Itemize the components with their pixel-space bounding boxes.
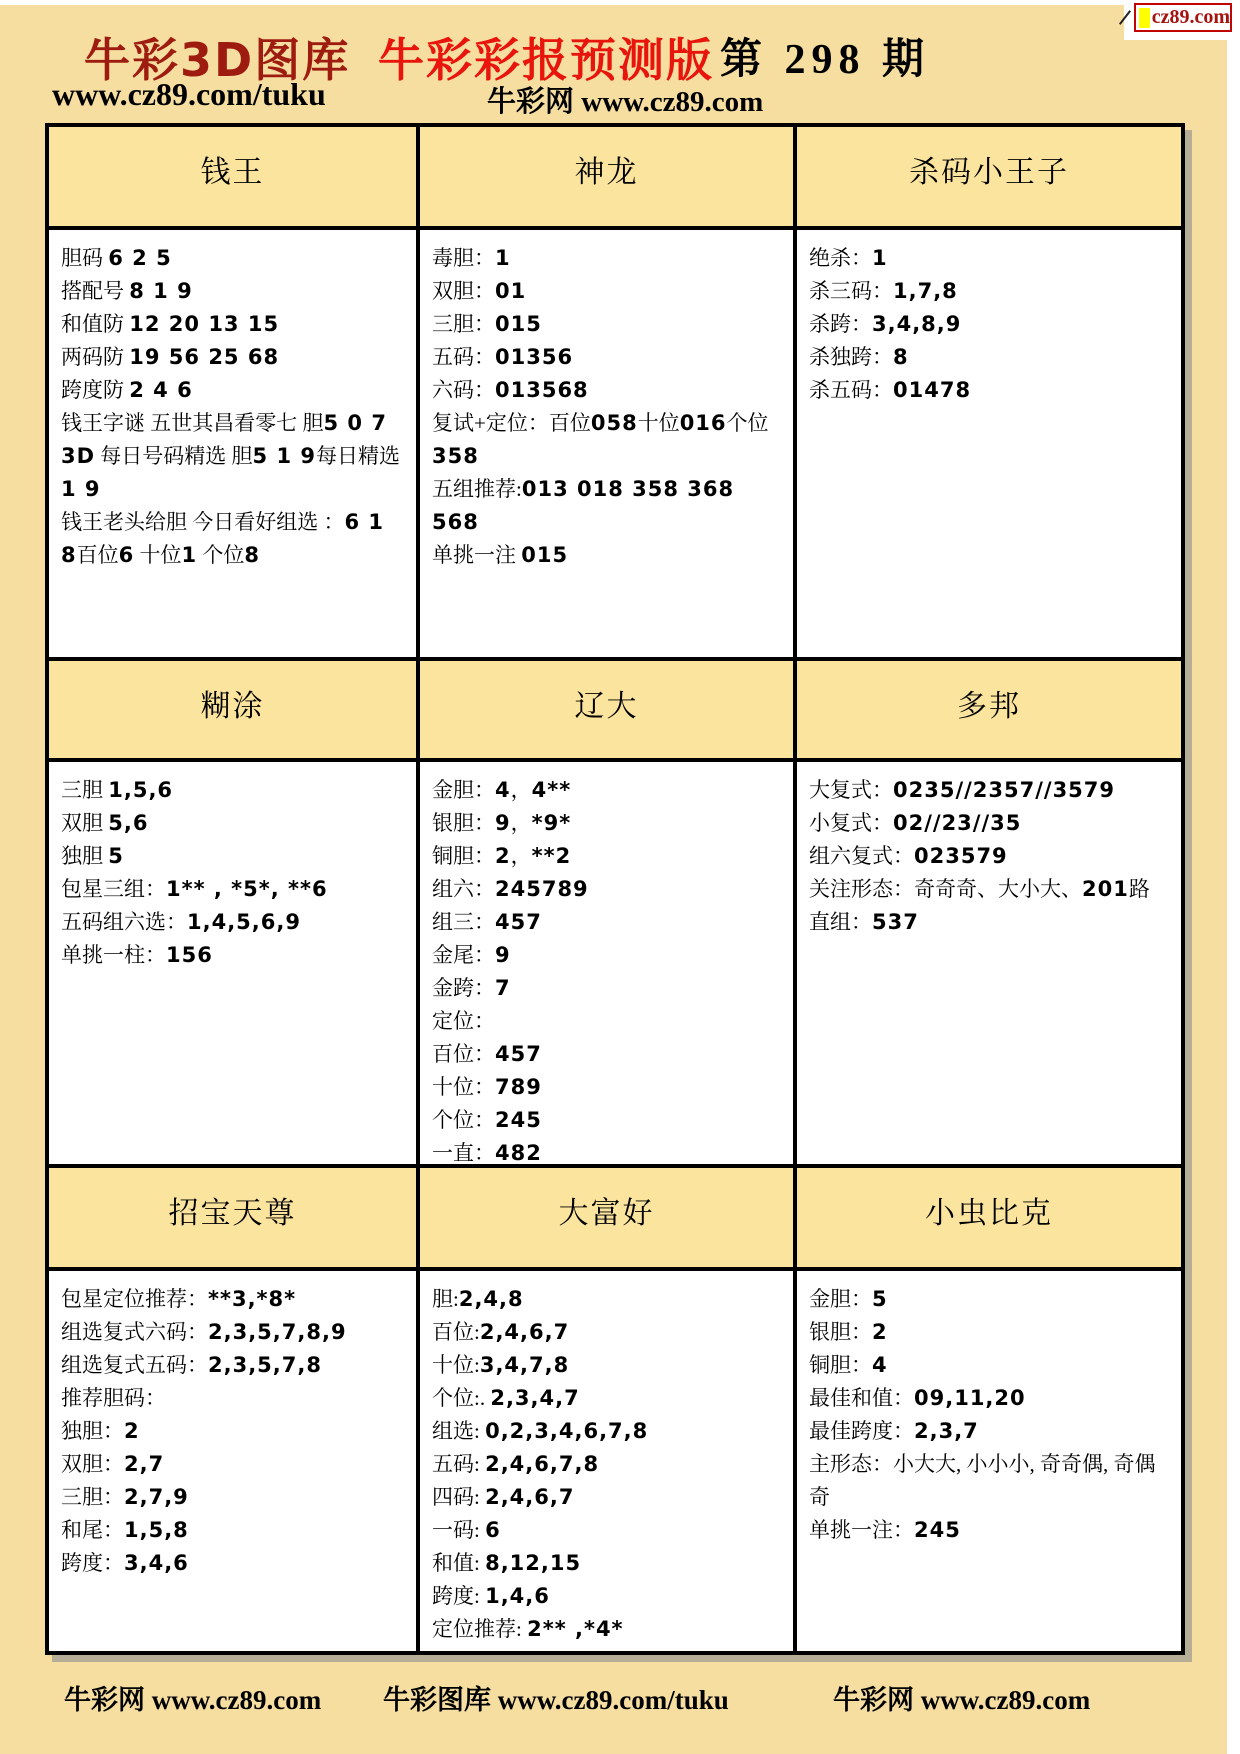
line-value: 01 xyxy=(495,279,526,303)
line-value: 6 xyxy=(485,1518,501,1542)
footer-site-url-left: 牛彩网 www.cz89.com xyxy=(64,1678,321,1717)
line-label: 个位 xyxy=(197,543,244,567)
line-label: 包星三组： xyxy=(61,877,166,901)
line-label: 包星定位推荐： xyxy=(61,1287,208,1311)
line-label: 五码组六选： xyxy=(61,910,187,934)
line-value: 5 xyxy=(108,844,124,868)
line-value: 245 xyxy=(914,1518,961,1542)
line-label: 三胆： xyxy=(432,312,495,336)
line-label: 和尾： xyxy=(61,1518,124,1542)
line-label: 推荐胆码： xyxy=(61,1386,166,1410)
line-value: 4 xyxy=(872,1353,888,1377)
section-title-duo-bang: 多邦 xyxy=(797,661,1181,762)
prediction-line: 个位:. 2,3,4,7 xyxy=(432,1382,781,1415)
line-label: 每日精选 xyxy=(316,444,400,468)
line-label: 钱王老头给胆 今日看好组选 ： xyxy=(61,510,345,534)
line-value: 01356 xyxy=(495,345,573,369)
line-label: 组选复式五码： xyxy=(61,1353,208,1377)
line-label: 最佳跨度： xyxy=(809,1419,914,1443)
line-label: 百位: xyxy=(432,1320,480,1344)
line-value: 12 20 13 15 xyxy=(129,312,279,336)
line-value: *9* xyxy=(532,811,572,835)
line-label: 组选: xyxy=(432,1419,485,1443)
line-label: 跨度: xyxy=(432,1584,485,1608)
line-label: 绝杀： xyxy=(809,246,872,270)
line-label: 杀三码： xyxy=(809,279,893,303)
line-label: 金跨： xyxy=(432,976,495,1000)
prediction-line: 金胆：5 xyxy=(809,1283,1169,1316)
line-label: 十位： xyxy=(432,1075,495,1099)
line-value: **2 xyxy=(532,844,572,868)
line-value: 2,4,6,7,8 xyxy=(485,1452,599,1476)
line-label: 和值防 xyxy=(61,312,129,336)
section-title-text: 多邦 xyxy=(957,681,1021,725)
prediction-line: 杀三码：1,7,8 xyxy=(809,275,1169,308)
section-body-da-fu-hao: 胆:2,4,8百位:2,4,6,7十位:3,4,7,8个位:. 2,3,4,7组… xyxy=(420,1271,797,1651)
prediction-line: 直组：537 xyxy=(809,906,1169,939)
line-value: **3,*8* xyxy=(208,1287,296,1311)
line-label: ， xyxy=(511,778,532,802)
prediction-line: 组六复式：023579 xyxy=(809,840,1169,873)
prediction-line: 定位推荐: 2** ,*4* xyxy=(432,1613,781,1646)
line-value: 2,3,5,7,8 xyxy=(208,1353,322,1377)
line-value: 4** xyxy=(532,778,572,802)
footer: 牛彩网 www.cz89.com 牛彩图库 www.cz89.com/tuku … xyxy=(0,1678,1240,1718)
line-label: 双胆： xyxy=(61,1452,124,1476)
line-value: 1,5,6 xyxy=(108,778,173,802)
line-label: 三胆： xyxy=(61,1485,124,1509)
section-title-qian-wang: 钱王 xyxy=(49,127,420,230)
prediction-line: 铜胆：2，**2 xyxy=(432,840,781,873)
line-label: 银胆： xyxy=(432,811,495,835)
line-label: 百位 xyxy=(77,543,119,567)
prediction-line: 单挑一注：245 xyxy=(809,1514,1169,1547)
prediction-line: 铜胆：4 xyxy=(809,1349,1169,1382)
section-title-text: 钱王 xyxy=(201,147,265,191)
line-value: 1 9 xyxy=(61,477,101,501)
line-value: 02//23//35 xyxy=(893,811,1021,835)
prediction-line: 双胆 5,6 xyxy=(61,807,404,840)
prediction-line: 胆码 6 2 5 xyxy=(61,242,404,275)
prediction-line: 银胆：9，*9* xyxy=(432,807,781,840)
line-label: 个位:. xyxy=(432,1386,490,1410)
section-title-xiao-chong-bi-ke: 小虫比克 xyxy=(797,1168,1181,1271)
line-label: 十位 xyxy=(134,543,181,567)
prediction-line: 三胆：2,7,9 xyxy=(61,1481,404,1514)
line-value: 9 xyxy=(495,811,511,835)
line-label: 两码防 xyxy=(61,345,129,369)
prediction-line: 和值: 8,12,15 xyxy=(432,1547,781,1580)
prediction-line: 和值防 12 20 13 15 xyxy=(61,308,404,341)
prediction-line: 独胆：2 xyxy=(61,1415,404,1448)
prediction-line: 六码：013568 xyxy=(432,374,781,407)
line-value: 3,4,6 xyxy=(124,1551,189,1575)
line-label: 胆: xyxy=(432,1287,459,1311)
line-value: 2,7,9 xyxy=(124,1485,189,1509)
line-label: 定位： xyxy=(432,1009,495,1033)
prediction-line: 五码：01356 xyxy=(432,341,781,374)
line-value: 19 56 25 68 xyxy=(129,345,279,369)
line-value: 013568 xyxy=(495,378,589,402)
prediction-line: 推荐胆码： xyxy=(61,1382,404,1415)
prediction-line: 绝杀：1 xyxy=(809,242,1169,275)
line-value: 245 xyxy=(495,1108,542,1132)
line-label: 胆码 xyxy=(61,246,108,270)
line-label: 跨度： xyxy=(61,1551,124,1575)
line-value: 0235//2357//3579 xyxy=(893,778,1115,802)
prediction-line: 3D 每日号码精选 胆5 1 9每日精选 1 9 xyxy=(61,440,404,506)
prediction-line: 银胆：2 xyxy=(809,1316,1169,1349)
line-label: 毒胆： xyxy=(432,246,495,270)
line-value: 058 xyxy=(591,411,638,435)
line-value: 358 xyxy=(432,444,479,468)
tuku-url: www.cz89.com/tuku xyxy=(52,76,326,113)
section-title-text: 糊涂 xyxy=(201,681,265,725)
section-title-text: 杀码小王子 xyxy=(909,147,1069,191)
line-label: 六码： xyxy=(432,378,495,402)
section-title-text: 招宝天尊 xyxy=(169,1188,297,1232)
section-title-hu-tu: 糊涂 xyxy=(49,661,420,762)
line-value: 201 xyxy=(1082,877,1129,901)
line-label: 一码: xyxy=(432,1518,485,1542)
line-value: 2,3,5,7,8,9 xyxy=(208,1320,347,1344)
line-label: 单挑一注 xyxy=(432,543,521,567)
prediction-line: 五码: 2,4,6,7,8 xyxy=(432,1448,781,1481)
line-value: 3,4,8,9 xyxy=(872,312,961,336)
line-label: 个位 xyxy=(727,411,769,435)
prediction-line: 最佳跨度：2,3,7 xyxy=(809,1415,1169,1448)
line-label: 大复式： xyxy=(809,778,893,802)
prediction-line: 一直：482 xyxy=(432,1137,781,1168)
prediction-line: 主形态：小大大, 小小小, 奇奇偶, 奇偶奇 xyxy=(809,1448,1169,1514)
section-body-hu-tu: 三胆 1,5,6双胆 5,6独胆 5包星三组：1** , *5*, **6五码组… xyxy=(49,762,420,1168)
prediction-line: 跨度: 1,4,6 xyxy=(432,1580,781,1613)
line-label: 金胆： xyxy=(809,1287,872,1311)
prediction-line: 组三：457 xyxy=(432,906,781,939)
line-value: 5,6 xyxy=(108,811,148,835)
line-label: 一直： xyxy=(432,1141,495,1165)
prediction-line: 组选: 0,2,3,4,6,7,8 xyxy=(432,1415,781,1448)
line-value: 2 xyxy=(124,1419,140,1443)
line-value: 2,3,4,7 xyxy=(490,1386,579,1410)
line-value: 09,11,20 xyxy=(914,1386,1026,1410)
line-label: 直组： xyxy=(809,910,872,934)
prediction-line: 关注形态：奇奇奇、大小大、201路 xyxy=(809,873,1169,906)
line-value: 015 xyxy=(495,312,542,336)
line-value: 2** ,*4* xyxy=(527,1617,623,1641)
prediction-line: 一码: 6 xyxy=(432,1514,781,1547)
prediction-line: 搭配号 8 1 9 xyxy=(61,275,404,308)
line-value: 1 xyxy=(495,246,511,270)
line-value: 789 xyxy=(495,1075,542,1099)
prediction-line: 独胆 5 xyxy=(61,840,404,873)
prediction-line: 小复式：02//23//35 xyxy=(809,807,1169,840)
section-body-shen-long: 毒胆：1双胆：01三胆：015五码：01356六码：013568复试+定位：百位… xyxy=(420,230,797,661)
line-label: 路 xyxy=(1129,877,1150,901)
prediction-line: 五码组六选：1,4,5,6,9 xyxy=(61,906,404,939)
line-value: 4 xyxy=(495,778,511,802)
line-value: 015 xyxy=(521,543,568,567)
line-label: 最佳和值： xyxy=(809,1386,914,1410)
line-label: 双胆 xyxy=(61,811,108,835)
prediction-line: 三胆 1,5,6 xyxy=(61,774,404,807)
prediction-line: 百位：457 xyxy=(432,1038,781,1071)
line-value: 1,4,6 xyxy=(485,1584,550,1608)
line-value: 3,4,7,8 xyxy=(480,1353,569,1377)
line-label: 每日号码精选 胆 xyxy=(95,444,253,468)
line-label: 金胆： xyxy=(432,778,495,802)
prediction-line: 和尾：1,5,8 xyxy=(61,1514,404,1547)
section-body-liao-da: 金胆：4，4**银胆：9，*9*铜胆：2，**2组六：245789组三：457金… xyxy=(420,762,797,1168)
prediction-line: 大复式：0235//2357//3579 xyxy=(809,774,1169,807)
line-value: 2 xyxy=(495,844,511,868)
line-value: 1** , *5*, **6 xyxy=(166,877,328,901)
line-label: 十位 xyxy=(638,411,680,435)
prediction-line: 两码防 19 56 25 68 xyxy=(61,341,404,374)
line-value: 5 xyxy=(872,1287,888,1311)
prediction-table: 钱王神龙杀码小王子胆码 6 2 5搭配号 8 1 9和值防 12 20 13 1… xyxy=(45,123,1185,1655)
line-value: 01478 xyxy=(893,378,971,402)
right-white-margin xyxy=(1227,0,1240,1754)
line-value: 537 xyxy=(872,910,919,934)
line-value: 6 2 5 xyxy=(108,246,171,270)
section-body-xiao-chong-bi-ke: 金胆：5银胆：2铜胆：4最佳和值：09,11,20最佳跨度：2,3,7主形态：小… xyxy=(797,1271,1181,1651)
section-title-text: 辽大 xyxy=(575,681,639,725)
prediction-line: 包星三组：1** , *5*, **6 xyxy=(61,873,404,906)
line-label: 和值: xyxy=(432,1551,485,1575)
line-label: 银胆： xyxy=(809,1320,872,1344)
line-label: 杀五码： xyxy=(809,378,893,402)
line-label: 铜胆： xyxy=(809,1353,872,1377)
prediction-line: 跨度：3,4,6 xyxy=(61,1547,404,1580)
line-value: 2,3,7 xyxy=(914,1419,979,1443)
line-label: 单挑一柱： xyxy=(61,943,166,967)
top-white-margin xyxy=(0,0,1240,5)
line-label: 组六复式： xyxy=(809,844,914,868)
line-value: 2 4 6 xyxy=(129,378,192,402)
line-value: 9 xyxy=(495,943,511,967)
line-label: 独胆： xyxy=(61,1419,124,1443)
prediction-line: 个位：245 xyxy=(432,1104,781,1137)
prediction-line: 四码: 2,4,6,7 xyxy=(432,1481,781,1514)
line-label: 关注形态：奇奇奇、大小大、 xyxy=(809,877,1082,901)
line-label: 钱王字谜 五世其昌看零七 胆 xyxy=(61,411,324,435)
prediction-line: 三胆：015 xyxy=(432,308,781,341)
line-value: 1,5,8 xyxy=(124,1518,189,1542)
prediction-line: 组选复式五码：2,3,5,7,8 xyxy=(61,1349,404,1382)
line-value: 2,7 xyxy=(124,1452,164,1476)
line-label: 组选复式六码： xyxy=(61,1320,208,1344)
line-label: 三胆 xyxy=(61,778,108,802)
prediction-line: 百位:2,4,6,7 xyxy=(432,1316,781,1349)
line-label: 四码: xyxy=(432,1485,485,1509)
prediction-line: 单挑一柱：156 xyxy=(61,939,404,972)
line-value: 023579 xyxy=(914,844,1008,868)
line-value: 0,2,3,4,6,7,8 xyxy=(485,1419,648,1443)
line-label: 双胆： xyxy=(432,279,495,303)
line-value: 457 xyxy=(495,1042,542,1066)
section-title-text: 神龙 xyxy=(575,147,639,191)
prediction-line: 单挑一注 015 xyxy=(432,539,781,572)
line-value: 2 xyxy=(872,1320,888,1344)
line-value: 1 xyxy=(182,543,198,567)
prediction-line: 包星定位推荐：**3,*8* xyxy=(61,1283,404,1316)
line-label: 五码: xyxy=(432,1452,485,1476)
line-label: 单挑一注： xyxy=(809,1518,914,1542)
prediction-line: 金胆：4，4** xyxy=(432,774,781,807)
line-label: 独胆 xyxy=(61,844,108,868)
line-label: 五码： xyxy=(432,345,495,369)
line-value: 1,7,8 xyxy=(893,279,958,303)
line-value: 8 1 9 xyxy=(129,279,192,303)
section-body-sha-ma-xiao-wang-zi: 绝杀：1杀三码：1,7,8杀跨：3,4,8,9杀独跨：8杀五码：01478 xyxy=(797,230,1181,661)
section-title-text: 小虫比克 xyxy=(925,1188,1053,1232)
line-value: 5 1 9 xyxy=(253,444,316,468)
prediction-line: 十位:3,4,7,8 xyxy=(432,1349,781,1382)
line-label: 搭配号 xyxy=(61,279,129,303)
line-value: 8 xyxy=(893,345,909,369)
prediction-line: 复试+定位：百位058十位016个位 358 xyxy=(432,407,781,473)
prediction-line: 毒胆：1 xyxy=(432,242,781,275)
line-value: 1,4,5,6,9 xyxy=(187,910,301,934)
prediction-line: 最佳和值：09,11,20 xyxy=(809,1382,1169,1415)
line-value: 6 xyxy=(119,543,135,567)
line-label: 五组推荐: xyxy=(432,477,522,501)
line-value: 5 0 7 xyxy=(324,411,387,435)
prediction-line: 十位：789 xyxy=(432,1071,781,1104)
prediction-line: 金跨：7 xyxy=(432,972,781,1005)
footer-site-url-right: 牛彩网 www.cz89.com xyxy=(833,1678,1090,1717)
prediction-line: 五组推荐:013 018 358 368 568 xyxy=(432,473,781,539)
prediction-line: 定位： xyxy=(432,1005,781,1038)
line-label: 杀独跨： xyxy=(809,345,893,369)
section-title-liao-da: 辽大 xyxy=(420,661,797,762)
subhead: www.cz89.com/tuku 牛彩网 www.cz89.com xyxy=(0,76,1240,118)
prediction-line: 跨度防 2 4 6 xyxy=(61,374,404,407)
section-title-sha-ma-xiao-wang-zi: 杀码小王子 xyxy=(797,127,1181,230)
line-label: 杀跨： xyxy=(809,312,872,336)
line-label: 百位： xyxy=(432,1042,495,1066)
line-value: 245789 xyxy=(495,877,589,901)
section-body-qian-wang: 胆码 6 2 5搭配号 8 1 9和值防 12 20 13 15两码防 19 5… xyxy=(49,230,420,661)
line-value: 2,4,6,7 xyxy=(485,1485,574,1509)
line-label: 跨度防 xyxy=(61,378,129,402)
prediction-line: 钱王字谜 五世其昌看零七 胆5 0 7 xyxy=(61,407,404,440)
prediction-line: 钱王老头给胆 今日看好组选 ：6 1 8百位6 十位1 个位8 xyxy=(61,506,404,572)
line-value: 2,4,8 xyxy=(459,1287,524,1311)
line-label: 组三： xyxy=(432,910,495,934)
prediction-line: 杀跨：3,4,8,9 xyxy=(809,308,1169,341)
line-label: 小复式： xyxy=(809,811,893,835)
section-title-text: 大富好 xyxy=(559,1188,655,1232)
line-label: 个位： xyxy=(432,1108,495,1132)
masthead: 牛彩3D图库 牛彩彩报预测版 第 298 期 xyxy=(0,24,1240,80)
section-body-zhao-bao-tian-zun: 包星定位推荐：**3,*8*组选复式六码：2,3,5,7,8,9组选复式五码：2… xyxy=(49,1271,420,1651)
line-value: 3D xyxy=(61,444,95,468)
section-title-shen-long: 神龙 xyxy=(420,127,797,230)
line-value: 8,12,15 xyxy=(485,1551,581,1575)
line-value: 016 xyxy=(680,411,727,435)
line-label: 组六： xyxy=(432,877,495,901)
line-value: 1 xyxy=(872,246,888,270)
line-value: 156 xyxy=(166,943,213,967)
section-body-duo-bang: 大复式：0235//2357//3579小复式：02//23//35组六复式：0… xyxy=(797,762,1181,1168)
line-label: 主形态：小大大, 小小小, 奇奇偶, 奇偶奇 xyxy=(809,1452,1156,1509)
line-label: 定位推荐: xyxy=(432,1617,527,1641)
line-label: 十位: xyxy=(432,1353,480,1377)
prediction-line: 组六：245789 xyxy=(432,873,781,906)
section-title-zhao-bao-tian-zun: 招宝天尊 xyxy=(49,1168,420,1271)
line-value: 457 xyxy=(495,910,542,934)
line-label: 金尾： xyxy=(432,943,495,967)
footer-tuku-url: 牛彩图库 www.cz89.com/tuku xyxy=(383,1678,729,1717)
prediction-line: 胆:2,4,8 xyxy=(432,1283,781,1316)
prediction-line: 组选复式六码：2,3,5,7,8,9 xyxy=(61,1316,404,1349)
pen-mark xyxy=(1119,10,1131,25)
prediction-line: 金尾：9 xyxy=(432,939,781,972)
line-label: 复试+定位：百位 xyxy=(432,411,591,435)
line-label: ， xyxy=(511,844,532,868)
line-value: 2,4,6,7 xyxy=(480,1320,569,1344)
line-label: 铜胆： xyxy=(432,844,495,868)
line-value: 7 xyxy=(495,976,511,1000)
line-value: 8 xyxy=(244,543,260,567)
prediction-line: 双胆：2,7 xyxy=(61,1448,404,1481)
line-label: ， xyxy=(511,811,532,835)
prediction-line: 杀独跨：8 xyxy=(809,341,1169,374)
line-value: 482 xyxy=(495,1141,542,1165)
prediction-line: 杀五码：01478 xyxy=(809,374,1169,407)
site-url: 牛彩网 www.cz89.com xyxy=(487,79,763,120)
prediction-line: 双胆：01 xyxy=(432,275,781,308)
section-title-da-fu-hao: 大富好 xyxy=(420,1168,797,1271)
